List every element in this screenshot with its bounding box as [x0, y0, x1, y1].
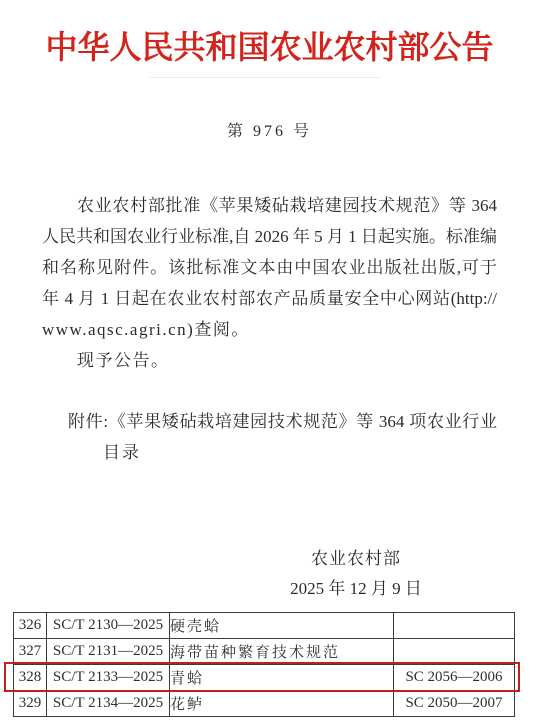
body-line: 农业农村部批准《苹果矮砧栽培建园技术规范》等 364 项中华	[42, 190, 497, 221]
closing-line: 现予公告。	[42, 345, 497, 376]
announcement-body: 农业农村部批准《苹果矮砧栽培建园技术规范》等 364 项中华 人民共和国农业行业…	[42, 190, 497, 376]
body-line: 人民共和国农业行业标准,自 2026 年 5 月 1 日起实施。标准编号	[42, 221, 497, 252]
cell-replaced-standard: SC 2050—2007	[394, 691, 515, 717]
table-row: 327 SC/T 2131—2025 海带苗种繁育技术规范	[14, 639, 515, 665]
cell-standard-number: SC/T 2130—2025	[47, 613, 170, 639]
cell-standard-name: 花鲈	[170, 691, 394, 717]
table-row: 326 SC/T 2130—2025 硬壳蛤	[14, 613, 515, 639]
cell-standard-name: 海带苗种繁育技术规范	[170, 639, 394, 665]
cell-standard-number: SC/T 2131—2025	[47, 639, 170, 665]
body-line: www.aqsc.agri.cn)查阅。	[42, 314, 497, 345]
scanned-announcement-page: 中华人民共和国农业农村部公告 第 976 号 农业农村部批准《苹果矮砧栽培建园技…	[0, 0, 539, 728]
issue-number: 第 976 号	[0, 118, 539, 141]
attachment-line: 附件:《苹果矮砧栽培建园技术规范》等 364 项农业行业标准	[68, 406, 497, 437]
cell-standard-name: 硬壳蛤	[170, 613, 394, 639]
cell-standard-number: SC/T 2134—2025	[47, 691, 170, 717]
attachment-note: 附件:《苹果矮砧栽培建园技术规范》等 364 项农业行业标准 目录	[68, 406, 497, 468]
cell-serial-number: 329	[14, 691, 47, 717]
standards-table: 326 SC/T 2130—2025 硬壳蛤 327 SC/T 2131—202…	[13, 612, 515, 717]
body-line: 年 4 月 1 日起在农业农村部农产品质量安全中心网站(http://	[42, 283, 497, 314]
signature-date: 2025 年 12 月 9 日	[260, 574, 452, 599]
cell-serial-number: 328	[14, 665, 47, 691]
document-title: 中华人民共和国农业农村部公告	[0, 22, 539, 68]
cell-replaced-standard	[394, 639, 515, 665]
body-line: 和名称见附件。该批标准文本由中国农业出版社出版,可于 2026	[42, 252, 497, 283]
attachment-line: 目录	[103, 437, 497, 468]
cell-serial-number: 327	[14, 639, 47, 665]
cell-standard-name: 青蛤	[170, 665, 394, 691]
scan-artifact-line	[150, 77, 380, 78]
table-row-highlighted: 328 SC/T 2133—2025 青蛤 SC 2056—2006	[14, 665, 515, 691]
cell-replaced-standard: SC 2056—2006	[394, 665, 515, 691]
signature-agency: 农业农村部	[260, 544, 452, 569]
cell-serial-number: 326	[14, 613, 47, 639]
table-row: 329 SC/T 2134—2025 花鲈 SC 2050—2007	[14, 691, 515, 717]
cell-standard-number: SC/T 2133—2025	[47, 665, 170, 691]
cell-replaced-standard	[394, 613, 515, 639]
